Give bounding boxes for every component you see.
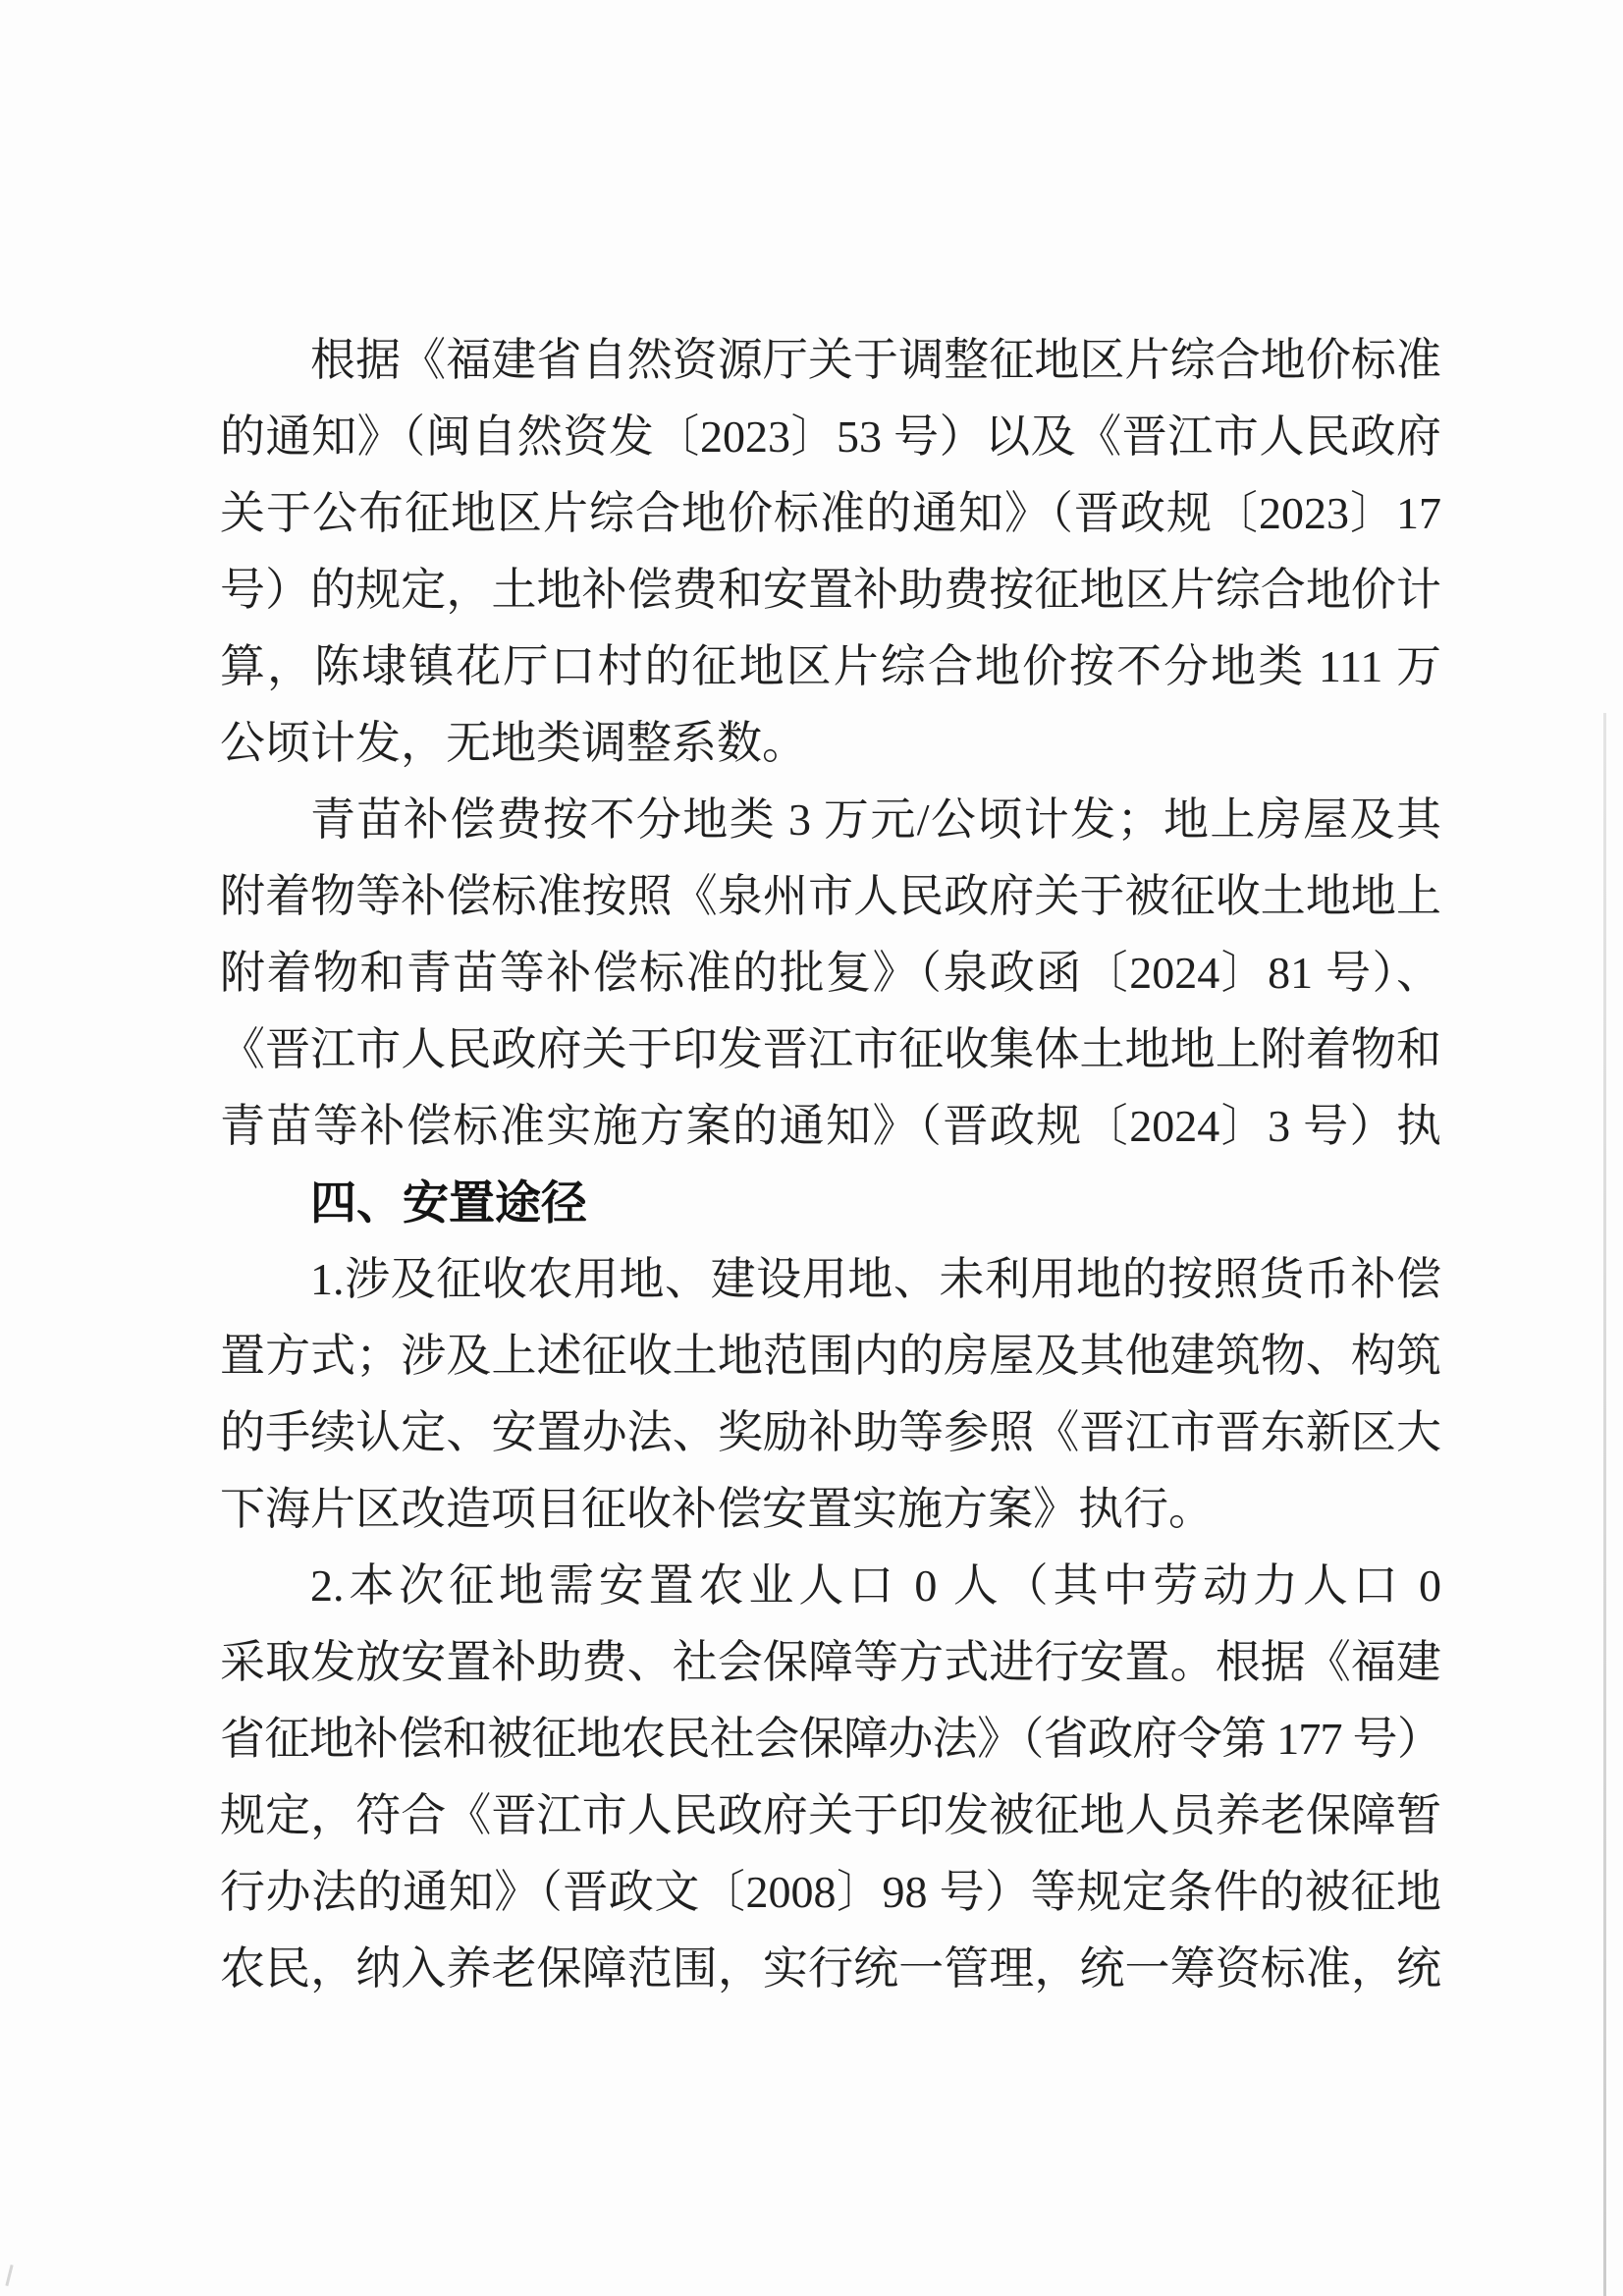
document-line: 的通知》（闽自然资发〔2023〕53 号）以及《晋江市人民政府 — [220, 399, 1441, 475]
scan-artifact-corner-mark — [5, 2265, 13, 2286]
section-heading: 四、安置途径 — [220, 1165, 1441, 1241]
document-line: 《晋江市人民政府关于印发晋江市征收集体土地地上附着物和 — [220, 1011, 1441, 1088]
document-line: 根据《福建省自然资源厅关于调整征地区片综合地价标准 — [220, 322, 1441, 399]
text-block: 根据《福建省自然资源厅关于调整征地区片综合地价标准的通知》（闽自然资发〔2023… — [220, 322, 1441, 2007]
document-line: 1.涉及征收农用地、建设用地、未利用地的按照货币补偿安 — [220, 1241, 1441, 1318]
document-line: 青苗补偿费按不分地类 3 万元/公顷计发；地上房屋及其他 — [220, 782, 1441, 858]
document-line: 公顷计发，无地类调整系数。 — [220, 705, 1441, 782]
document-line: 下海片区改造项目征收补偿安置实施方案》执行。 — [220, 1471, 1441, 1548]
document-line: 附着物等补偿标准按照《泉州市人民政府关于被征收土地地上 — [220, 858, 1441, 935]
document-line: 省征地补偿和被征地农民社会保障办法》（省政府令第 177 号） — [220, 1701, 1441, 1777]
document-line: 2.本次征地需安置农业人口 0 人（其中劳动力人口 0 人）， — [220, 1548, 1441, 1624]
scan-artifact-vertical-line — [1603, 713, 1606, 2296]
document-line: 关于公布征地区片综合地价标准的通知》（晋政规〔2023〕17 — [220, 475, 1441, 552]
document-line: 号）的规定，土地补偿费和安置补助费按征地区片综合地价计 — [220, 552, 1441, 629]
document-line: 采取发放安置补助费、社会保障等方式进行安置。根据《福建 — [220, 1624, 1441, 1701]
document-line: 青苗等补偿标准实施方案的通知》（晋政规〔2024〕3 号）执行。 — [220, 1088, 1441, 1165]
document-line: 农民，纳入养老保障范围，实行统一管理，统一筹资标准，统 — [220, 1931, 1441, 2007]
document-page: 根据《福建省自然资源厅关于调整征地区片综合地价标准的通知》（闽自然资发〔2023… — [0, 0, 1623, 2296]
document-line: 附着物和青苗等补偿标准的批复》（泉政函〔2024〕81 号）、 — [220, 935, 1441, 1011]
document-line: 置方式；涉及上述征收土地范围内的房屋及其他建筑物、构筑物 — [220, 1318, 1441, 1394]
document-line: 的手续认定、安置办法、奖励补助等参照《晋江市晋东新区大东 — [220, 1394, 1441, 1471]
document-line: 算，陈埭镇花厅口村的征地区片综合地价按不分地类 111 万元/ — [220, 629, 1441, 705]
document-line: 规定，符合《晋江市人民政府关于印发被征地人员养老保障暂 — [220, 1777, 1441, 1854]
document-line: 行办法的通知》（晋政文〔2008〕98 号）等规定条件的被征地 — [220, 1854, 1441, 1931]
